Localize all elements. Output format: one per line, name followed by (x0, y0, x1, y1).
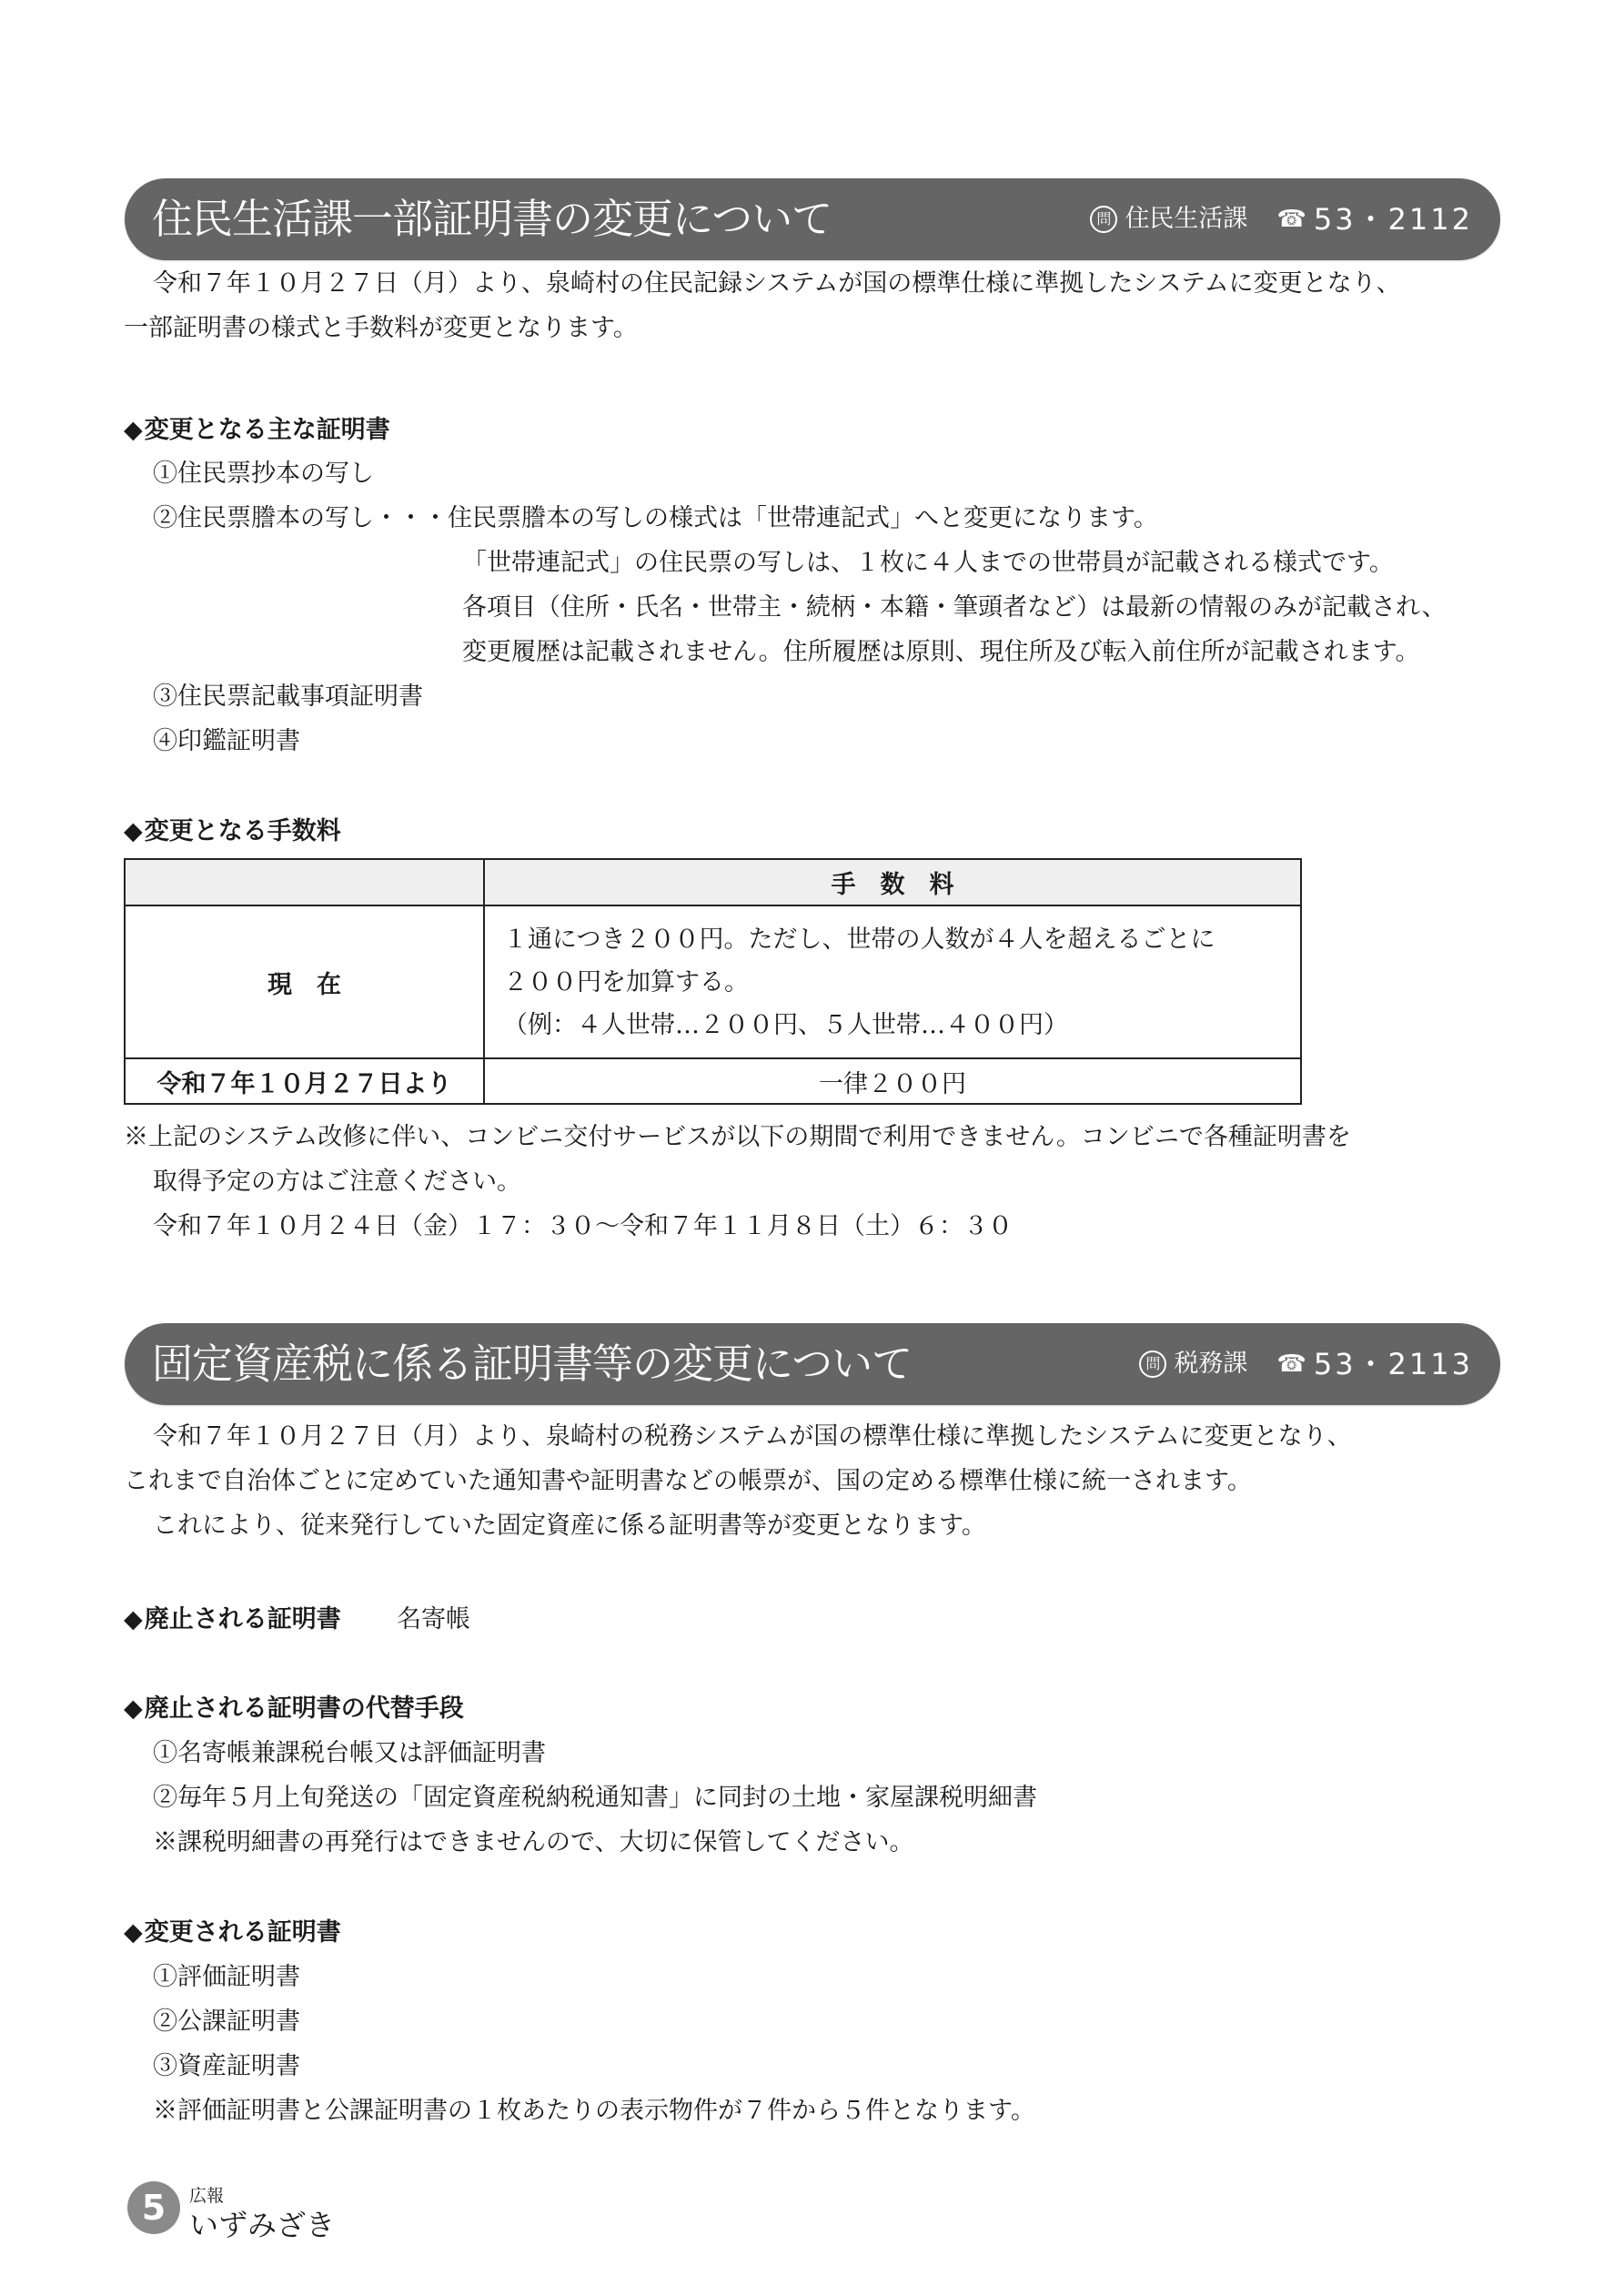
alt-heading: ◆廃止される証明書の代替手段 (124, 1694, 464, 1724)
fee-table: 手 数 料 現 在 １通につき２００円。ただし、世帯の人数が４人を超えるごとに … (124, 858, 1302, 1105)
section2-title: 固定資産税に係る証明書等の変更について (152, 1323, 912, 1405)
cert-item: ③住民票記載事項証明書 (153, 683, 423, 712)
diamond-bullet-icon: ◆ (124, 1694, 143, 1723)
section1-header-bar: 住民生活課一部証明書の変更について 問 住民生活課 ☎ 53・2112 (125, 178, 1500, 260)
phone-icon: ☎ (1276, 1323, 1306, 1405)
section2-intro-line: 令和７年１０月２７日（月）より、泉崎村の税務システムが国の標準仕様に準拠したシス… (153, 1422, 1352, 1451)
section1-intro-line: 令和７年１０月２７日（月）より、泉崎村の住民記録システムが国の標準仕様に準拠した… (153, 269, 1401, 298)
table-row: 現 在 １通につき２００円。ただし、世帯の人数が４人を超えるごとに ２００円を加… (125, 905, 1301, 1058)
section2-contact: 問 税務課 ☎ 53・2113 (1139, 1323, 1473, 1405)
fee-table-header: 手 数 料 (125, 859, 1301, 905)
alt-item: ①名寄帳兼課税台帳又は評価証明書 (153, 1739, 546, 1768)
diamond-bullet-icon: ◆ (124, 817, 143, 845)
note-line: 取得予定の方はご注意ください。 (153, 1168, 521, 1197)
diamond-bullet-icon: ◆ (124, 1605, 143, 1633)
phone-icon: ☎ (1276, 178, 1306, 260)
section2-intro-line: これにより、従来発行していた固定資産に係る証明書等が変更となります。 (153, 1512, 986, 1541)
changed-item: ①評価証明書 (153, 1963, 300, 1992)
section2-intro-line: これまで自治体ごとに定めていた通知書や証明書などの帳票が、国の定める標準仕様に統… (124, 1467, 1252, 1496)
abolished-heading: ◆廃止される証明書 (124, 1605, 341, 1634)
section1-dept: 住民生活課 (1125, 178, 1247, 260)
page-number-badge: 5 (127, 2181, 180, 2234)
cert-item: ②住民票謄本の写し・・・住民票謄本の写しの様式は「世帯連記式」へと変更になります… (153, 504, 1158, 533)
section2-dept: 税務課 (1174, 1323, 1247, 1405)
changed-note: ※評価証明書と公課証明書の１枚あたりの表示物件が７件から５件となります。 (153, 2097, 1035, 2126)
section1-phone: 53・2112 (1314, 178, 1473, 260)
section2-header-bar: 固定資産税に係る証明書等の変更について 問 税務課 ☎ 53・2113 (125, 1323, 1500, 1405)
diamond-bullet-icon: ◆ (124, 416, 143, 444)
fee-table-header-blank (125, 859, 484, 905)
inquiry-icon: 問 (1139, 1350, 1166, 1378)
note-period: 令和７年１０月２４日（金）１７：３０～令和７年１１月８日（土）６：３０ (153, 1212, 1013, 1241)
diamond-bullet-icon: ◆ (124, 1918, 143, 1947)
publication-name: いずみざき (189, 2202, 335, 2244)
note-line: ※上記のシステム改修に伴い、コンビニ交付サービスが以下の期間で利用できません。コ… (124, 1123, 1351, 1152)
section1-certs-heading: ◆変更となる主な証明書 (124, 416, 390, 445)
row-label: 現 在 (125, 905, 484, 1058)
section1-intro-line: 一部証明書の様式と手数料が変更となります。 (124, 314, 638, 343)
cert-item-detail: 変更履歴は記載されません。住所履歴は原則、現住所及び転入前住所が記載されます。 (462, 638, 1419, 667)
fee-table-header-fee: 手 数 料 (484, 859, 1301, 905)
fee-line: １通につき２００円。ただし、世帯の人数が４人を超えるごとに (503, 918, 1300, 961)
section2-phone: 53・2113 (1314, 1323, 1473, 1405)
fee-line: （例：４人世帯…２００円、５人世帯…４００円） (503, 1004, 1300, 1047)
fee-line: ２００円を加算する。 (503, 961, 1300, 1004)
abolished-value: 名寄帳 (397, 1605, 470, 1634)
changed-heading: ◆変更される証明書 (124, 1918, 341, 1947)
changed-item: ②公課証明書 (153, 2008, 300, 2037)
table-row: 令和７年１０月２７日より 一律２００円 (125, 1058, 1301, 1104)
row-label: 令和７年１０月２７日より (125, 1058, 484, 1104)
inquiry-icon: 問 (1090, 206, 1117, 233)
section1-fee-heading: ◆変更となる手数料 (124, 817, 341, 846)
alt-note: ※課税明細書の再発行はできませんので、大切に保管してください。 (153, 1828, 913, 1857)
row-value: 一律２００円 (484, 1058, 1301, 1104)
section1-contact: 問 住民生活課 ☎ 53・2112 (1090, 178, 1473, 260)
row-value: １通につき２００円。ただし、世帯の人数が４人を超えるごとに ２００円を加算する。… (484, 905, 1301, 1058)
changed-item: ③資産証明書 (153, 2052, 300, 2081)
cert-item: ④印鑑証明書 (153, 727, 300, 756)
cert-item: ①住民票抄本の写し (153, 460, 374, 489)
cert-item-detail: 各項目（住所・氏名・世帯主・続柄・本籍・筆頭者など）は最新の情報のみが記載され、 (462, 593, 1447, 622)
section1-title: 住民生活課一部証明書の変更について (152, 178, 832, 260)
alt-item: ②毎年５月上旬発送の「固定資産税納税通知書」に同封の土地・家屋課税明細書 (153, 1784, 1037, 1813)
cert-item-detail: 「世帯連記式」の住民票の写しは、１枚に４人までの世帯員が記載される様式です。 (462, 549, 1394, 578)
